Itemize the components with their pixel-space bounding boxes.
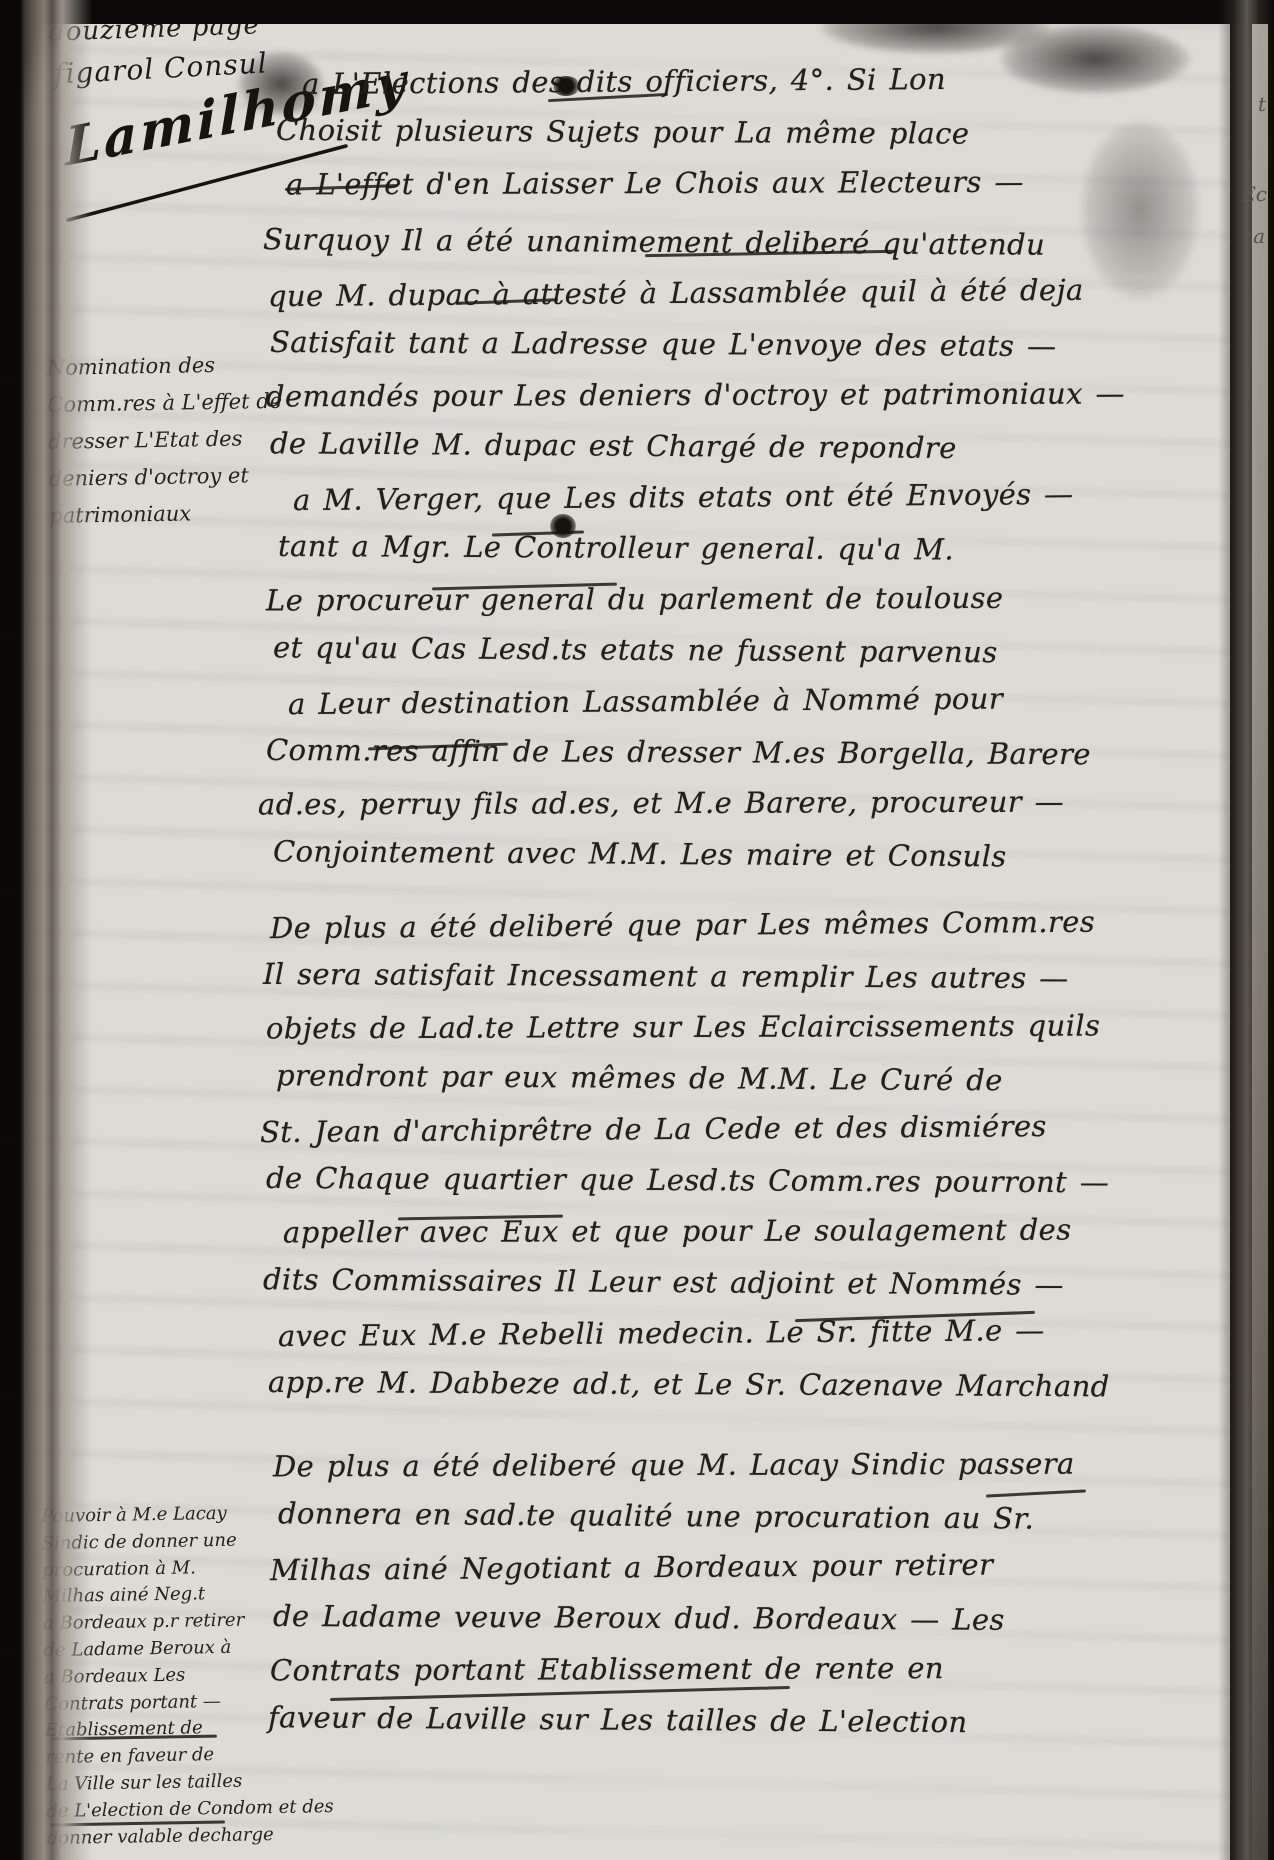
body-line: De plus a été deliberé que M. Lacay Sind… — [273, 1439, 1070, 1493]
body-line: a Leur destination Lassamblée à Nommé po… — [288, 673, 1070, 730]
body-line: app.re M. Dabbeze ad.t, et Le Sr. Cazena… — [268, 1357, 1070, 1412]
ink-blot — [552, 76, 580, 96]
ink-smudge — [238, 52, 324, 116]
next-page-text-fragment: t — [1258, 92, 1266, 116]
body-line: que M. dupac à attesté à Lassamblée quil… — [268, 265, 1070, 322]
next-page-text-fragment: Ec — [1241, 182, 1267, 206]
body-line: Milhas ainé Negotiant a Bordeaux pour re… — [270, 1539, 1070, 1596]
body-line: Satisfait tant a Ladresse que L'envoye d… — [270, 317, 1070, 372]
body-line: de Ladame veuve Beroux dud. Bordeaux — L… — [273, 1591, 1070, 1646]
next-page-sliver — [1252, 24, 1268, 1860]
body-line: a L'effet d'en Laisser Le Chois aux Elec… — [286, 157, 1070, 211]
body-line: et qu'au Cas Lesd.ts etats ne fussent pa… — [273, 622, 1070, 679]
body-line: tant a Mgr. Le Controlleur general. qu'a… — [278, 521, 1070, 576]
manuscript-photo: douzieme page figarol Consul Lamilhomy N… — [0, 0, 1274, 1860]
body-line: Comm.res affin de Les dresser M.es Borge… — [266, 725, 1070, 780]
next-page-text-fragment: a — [1253, 224, 1265, 248]
ink-smudge — [1000, 24, 1190, 94]
body-line: Surquoy Il a été unanimement deliberé qu… — [263, 214, 1070, 271]
body-line: a L'Elections des dits officiers, 4°. Si… — [302, 53, 1070, 110]
binding-edge — [0, 0, 92, 1860]
body-line: objets de Lad.te Lettre sur Les Eclairci… — [266, 1001, 1070, 1055]
body-line: demandés pour Les deniers d'octroy et pa… — [266, 369, 1070, 423]
body-line: Conjointement avec M.M. Les maire et Con… — [273, 826, 1070, 883]
body-line: Il sera satisfait Incessament a remplir … — [263, 949, 1070, 1004]
body-line: de Chaque quartier que Lesd.ts Comm.res … — [266, 1153, 1070, 1208]
body-line: dits Commissaires Il Leur est adjoint et… — [263, 1254, 1070, 1311]
main-text-block: a L'Elections des dits officiers, 4°. Si… — [258, 56, 1070, 1746]
ink-blot — [550, 514, 576, 538]
body-line: Choisit plusieurs Sujets pour La même pl… — [276, 105, 1070, 160]
body-line: de Laville M. dupac est Chargé de repond… — [270, 418, 1070, 475]
photo-background — [0, 0, 1274, 24]
body-line: a M. Verger, que Les dits etats ont été … — [293, 469, 1070, 526]
body-line: prendront par eux mêmes de M.M. Le Curé … — [276, 1050, 1070, 1107]
body-line: donnera en sad.te qualité une procuratio… — [278, 1488, 1070, 1545]
body-line: appeller avec Eux et que pour Le soulage… — [283, 1205, 1070, 1259]
body-line: faveur de Laville sur Les tailles de L'e… — [268, 1692, 1070, 1749]
body-line: St. Jean d'archiprêtre de La Cede et des… — [260, 1101, 1070, 1158]
ink-smudge — [1080, 120, 1200, 300]
body-line: Le procureur general du parlement de tou… — [266, 573, 1070, 627]
body-line: De plus a été deliberé que par Les mêmes… — [270, 897, 1070, 954]
body-line: ad.es, perruy fils ad.es, et M.e Barere,… — [258, 777, 1070, 831]
